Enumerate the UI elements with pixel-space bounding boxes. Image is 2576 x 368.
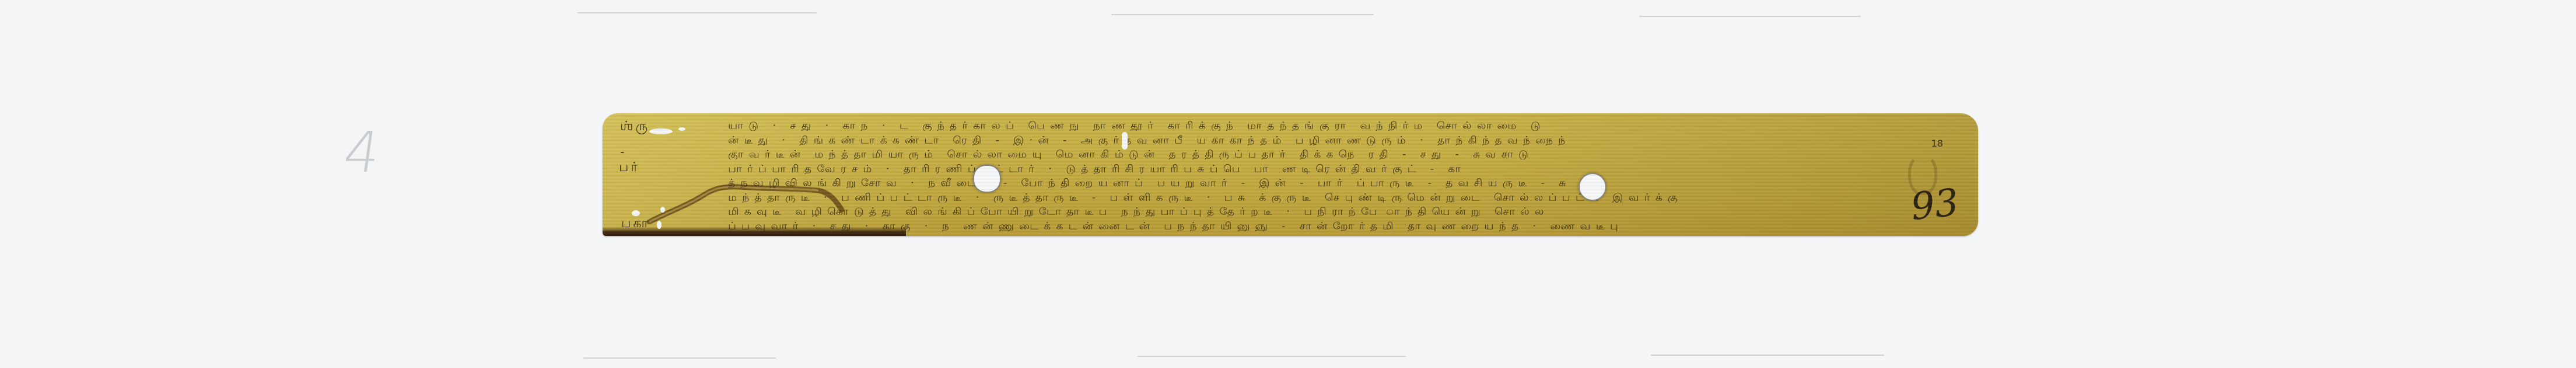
text-line: பார்ப்பாரிதவேரசம் · தாரிரணிப்பட்டார் · ட… <box>728 162 1879 174</box>
mount-rule-top-3 <box>1639 16 1861 17</box>
leaf-speck <box>660 207 665 213</box>
text-line: ப்பவுவார் · சது · காகு · ந ணன்ணுடைக்கடன்… <box>728 220 1879 231</box>
leaf-speck <box>678 127 685 131</box>
margin-note-3: பர் <box>619 160 640 176</box>
margin-note-1: ஶ்ரு <box>620 119 650 136</box>
text-line: ன்டீது · திங்கண்டாக்கண்டா ரெதி - இ·ன் - … <box>728 134 1879 145</box>
mount-rule-top-2 <box>1111 14 1374 15</box>
text-line: த்நவழிவிலங்கிறுசோவ · நவீடைப் - போந்திறைய… <box>728 176 1879 188</box>
mount-rule-bottom-3 <box>1651 355 1884 356</box>
folio-number: 93 <box>1909 181 1961 229</box>
leaf-speck <box>632 210 640 216</box>
leaf-speck <box>657 221 661 229</box>
mount-rule-bottom-1 <box>583 357 776 359</box>
binding-hole-left <box>973 165 1001 193</box>
plate-number: 4 <box>339 120 384 185</box>
mount-rule-top-1 <box>577 12 817 13</box>
margin-note-4: பகா <box>621 216 650 232</box>
leaf-speck <box>1122 132 1128 150</box>
leaf-speck <box>649 129 673 134</box>
binding-hole-right <box>1578 173 1606 201</box>
margin-note-2: - <box>620 145 626 159</box>
text-line: யாடு · சது · காந · ட குந்தர்காலப் பெணநு … <box>728 119 1879 131</box>
palm-leaf-manuscript: ஶ்ரு - பர் பகா யாடு · சது · காந · ட குந்… <box>603 113 1978 236</box>
folio-small-mark: 18 <box>1931 138 1943 149</box>
manuscript-text: யாடு · சது · காந · ட குந்தர்காலப் பெணநு … <box>728 119 1879 231</box>
text-line: மந்த்தாருடீ · பணிப்பட்டாருடீ · ருடீத்தார… <box>728 191 1879 203</box>
text-line: மிகவுடீ வழிகொடுத்து விலங்கிப்போயிறுடோதாட… <box>728 205 1879 217</box>
mount-rule-bottom-2 <box>1137 356 1406 357</box>
text-line: குாவர்டீன் மந்த்தாமியாரும் சொல்லாமையு மெ… <box>728 148 1879 159</box>
